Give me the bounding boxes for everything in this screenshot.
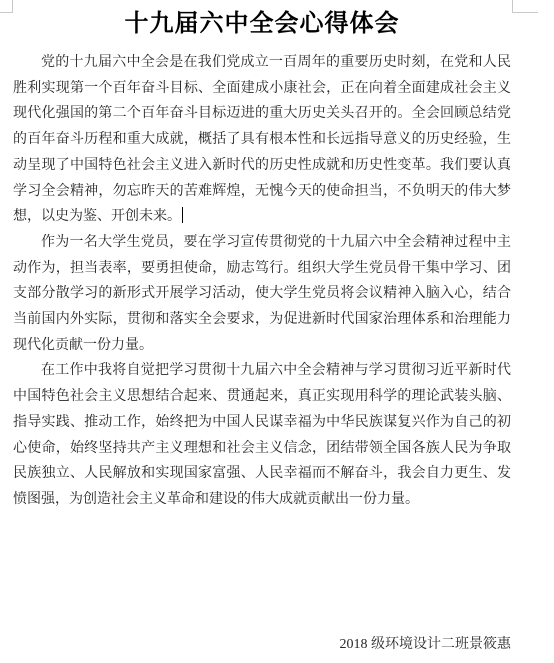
paragraph-3-text: 在工作中我将自觉把学习贯彻十九届六中全会精神与学习贯彻习近平新时代中国特色社会主… (13, 363, 511, 507)
paragraph-2-text: 作为一名大学生党员，要在学习宣传贯彻党的十九届六中全会精神过程中主动作为，担当表… (13, 235, 511, 353)
paragraph-1[interactable]: 党的十九届六中全会是在我们党成立一百周年的重要历史时刻，在党和人民胜利实现第一个… (13, 50, 511, 230)
paragraph-1-text: 党的十九届六中全会是在我们党成立一百周年的重要历史时刻，在党和人民胜利实现第一个… (13, 55, 511, 224)
signature-line[interactable]: 2018 级环境设计二班景筱惠 (13, 632, 511, 658)
paragraph-3[interactable]: 在工作中我将自觉把学习贯彻十九届六中全会精神与学习贯彻习近平新时代中国特色社会主… (13, 358, 511, 512)
text-cursor (182, 207, 183, 223)
document-title[interactable]: 十九届六中全会心得体会 (13, 9, 511, 40)
paragraph-2[interactable]: 作为一名大学生党员，要在学习宣传贯彻党的十九届六中全会精神过程中主动作为，担当表… (13, 230, 511, 359)
document-body[interactable]: 十九届六中全会心得体会 党的十九届六中全会是在我们党成立一百周年的重要历史时刻，… (13, 0, 511, 513)
document-page: 十九届六中全会心得体会 党的十九届六中全会是在我们党成立一百周年的重要历史时刻，… (0, 0, 554, 663)
margin-crop-mark-top-left-icon (0, 0, 13, 13)
margin-crop-mark-top-right-icon (512, 0, 538, 13)
